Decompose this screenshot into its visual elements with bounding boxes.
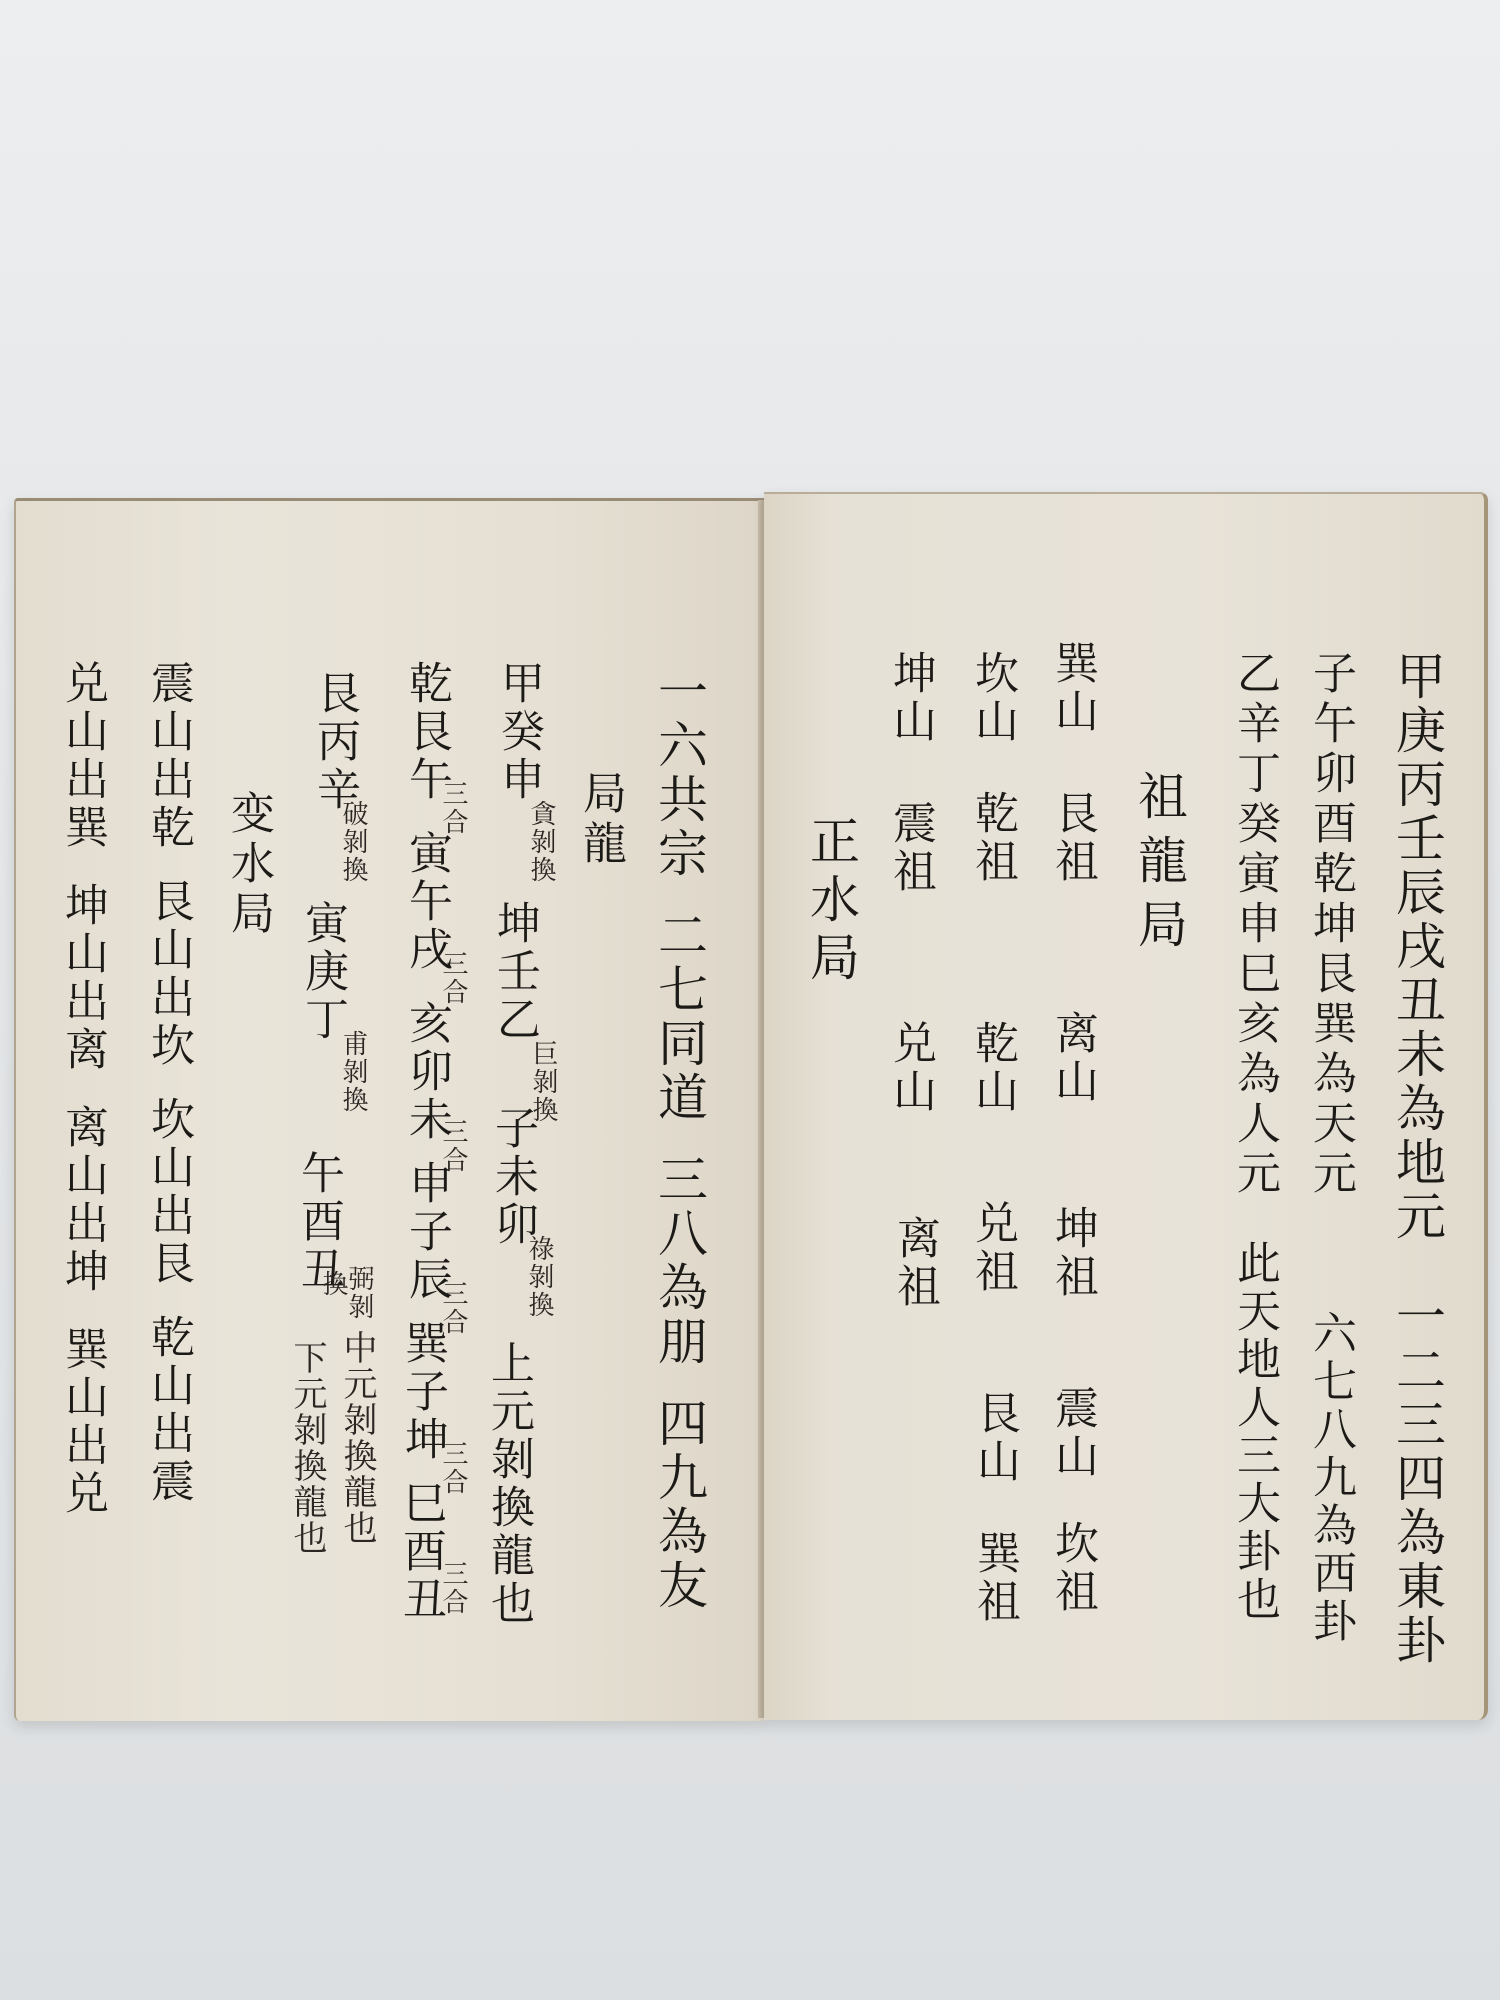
sanhe-note6: 三合 — [440, 1560, 466, 1616]
zulong-row1-f: 坎祖 — [1050, 1520, 1094, 1616]
text-erqi: 二七同道 — [654, 909, 704, 1125]
text-column-sandagua: 此天地人三大卦也 — [1232, 1240, 1276, 1624]
sanhe-note2: 三合 — [440, 950, 466, 1006]
text-sanba: 三八為朋 — [654, 1153, 704, 1369]
text-column-diyuan: 甲庚丙壬辰戌丑未為地元 — [1392, 650, 1442, 1244]
heading-julong: 局龍 — [578, 770, 622, 870]
zulong-row3-c: 兑山 — [888, 1020, 932, 1116]
bo-huan-main2: 寅庚丁 — [300, 900, 344, 1044]
zulong-row2-d: 兑祖 — [970, 1200, 1014, 1296]
bianshui-kun: 坤山出离 — [60, 882, 104, 1074]
xiayuan-bohuan: 下元剝換龍也 — [290, 1340, 324, 1556]
text-column-tianyuan: 子午卯酉乾坤艮巽為天元 — [1308, 650, 1352, 1200]
julong-col2-note1: 貪剝換 — [528, 800, 554, 884]
bo-huan-note3: 換 — [320, 1270, 346, 1298]
heading-zhengshui-ju: 正水局 — [806, 815, 856, 989]
zulong-row3-a: 坤山 — [888, 650, 932, 746]
text-column-renyuan: 乙辛丁癸寅申巳亥為人元 — [1232, 650, 1276, 1200]
zulong-row3-b: 震祖 — [888, 800, 932, 896]
text-yiliu: 一六共宗 — [654, 665, 704, 881]
bo-huan-main1: 艮丙辛 — [312, 670, 356, 814]
julong-col2-main3: 子未卯 — [490, 1105, 534, 1249]
zulong-row1-a: 巽山 — [1050, 640, 1094, 736]
bianshui-dui: 兑山出巽 — [60, 660, 104, 852]
sanhe-note1: 三合 — [440, 780, 466, 836]
julong-col2-main2: 坤壬乙 — [492, 900, 536, 1044]
sanhe-main6: 巳酉丑 — [398, 1480, 442, 1624]
text-column-dongua: 一二三四為東卦 — [1392, 1290, 1442, 1668]
zulong-row2-a: 坎山 — [970, 650, 1014, 746]
bo-huan-note4: 弼剝 — [346, 1265, 372, 1321]
bianshui-qian: 乾山出震 — [146, 1314, 190, 1506]
zulong-row1-d: 坤祖 — [1050, 1205, 1094, 1301]
text-sijiu: 四九為友 — [654, 1397, 704, 1613]
bianshui-li: 离山出坤 — [60, 1104, 104, 1296]
heading-zulong-ju: 祖龍局 — [1134, 770, 1184, 962]
bo-huan-note1: 破剝換 — [340, 800, 366, 884]
zulong-row1-b: 艮祖 — [1050, 790, 1094, 886]
zulong-row2-f: 巽祖 — [972, 1530, 1016, 1626]
right-page — [764, 492, 1488, 1720]
zulong-row3-d: 离祖 — [892, 1215, 936, 1311]
zulong-row1-e: 震山 — [1050, 1385, 1094, 1481]
bianshui-kan: 坎山出艮 — [146, 1096, 190, 1288]
zulong-row2-b: 乾祖 — [970, 790, 1014, 886]
zhongyuan-bohuan: 中元剝換龍也 — [340, 1330, 374, 1546]
zulong-row2-c: 乾山 — [970, 1020, 1014, 1116]
bo-huan-note2: 甫剝換 — [340, 1030, 366, 1114]
zulong-row1-c: 离山 — [1050, 1010, 1094, 1106]
julong-col2-shangyuan: 上元剝換龍也 — [486, 1340, 530, 1628]
julong-col2-main1: 甲癸申 — [496, 660, 540, 804]
heading-bianshui-ju: 变水局 — [226, 790, 270, 940]
bianshui-gen: 艮山出坎 — [146, 878, 190, 1070]
julong-col2-note3: 祿剝換 — [526, 1235, 552, 1319]
bianshui-zhen: 震山出乾 — [146, 660, 190, 852]
text-column-xigua: 六七八九為西卦 — [1308, 1310, 1352, 1646]
bianshui-xun: 巽山出兑 — [60, 1326, 104, 1518]
zulong-row2-e: 艮山 — [972, 1390, 1016, 1486]
